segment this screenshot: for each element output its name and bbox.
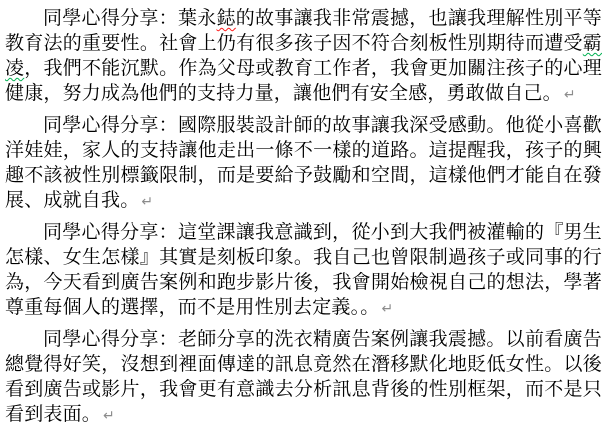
student-reflection-3[interactable]: 同學心得分享：這堂課讓我意識到，從小到大我們被灌輸的『男生怎樣、女生怎樣』其實是…: [5, 220, 602, 322]
text-segment: 同學心得分享：老師分享的洗衣精廣告案例讓我震撼。以前看廣告總覺得好笑，沒想到裡面…: [5, 328, 602, 422]
paragraph-mark-icon: ↵: [564, 87, 576, 103]
text-segment: 同學心得分享：葉永: [43, 7, 217, 29]
student-reflection-2[interactable]: 同學心得分享：國際服裝設計師的故事讓我深受感動。他從小喜歡洋娃娃，家人的支持讓他…: [5, 113, 602, 215]
paragraphs-container: 同學心得分享：葉永鋕的故事讓我非常震撼，也讓我理解性別平等教育法的重要性。社會上…: [5, 6, 602, 422]
student-reflection-1[interactable]: 同學心得分享：葉永鋕的故事讓我非常震撼，也讓我理解性別平等教育法的重要性。社會上…: [5, 6, 602, 108]
paragraph-mark-icon: ↵: [382, 301, 394, 317]
text-segment: 同學心得分享：這堂課讓我意識到，從小到大我們被灌輸的『男生怎樣、女生怎樣』其實是…: [5, 221, 602, 318]
paragraph-mark-icon: ↵: [103, 408, 115, 422]
text-segment: 同學心得分享：國際服裝設計師的故事讓我深受感動。他從小喜歡洋娃娃，家人的支持讓他…: [5, 114, 602, 211]
student-reflection-4[interactable]: 同學心得分享：老師分享的洗衣精廣告案例讓我震撼。以前看廣告總覺得好笑，沒想到裡面…: [5, 327, 602, 422]
spellcheck-squiggle: 鋕: [217, 7, 236, 29]
document-page: 同學心得分享：葉永鋕的故事讓我非常震撼，也讓我理解性別平等教育法的重要性。社會上…: [0, 0, 607, 422]
text-segment: ，我們不能沉默。作為父母或教育工作者，我會更加關注孩子的心理健康，努力成為他們的…: [5, 57, 602, 104]
paragraph-mark-icon: ↵: [141, 194, 153, 210]
